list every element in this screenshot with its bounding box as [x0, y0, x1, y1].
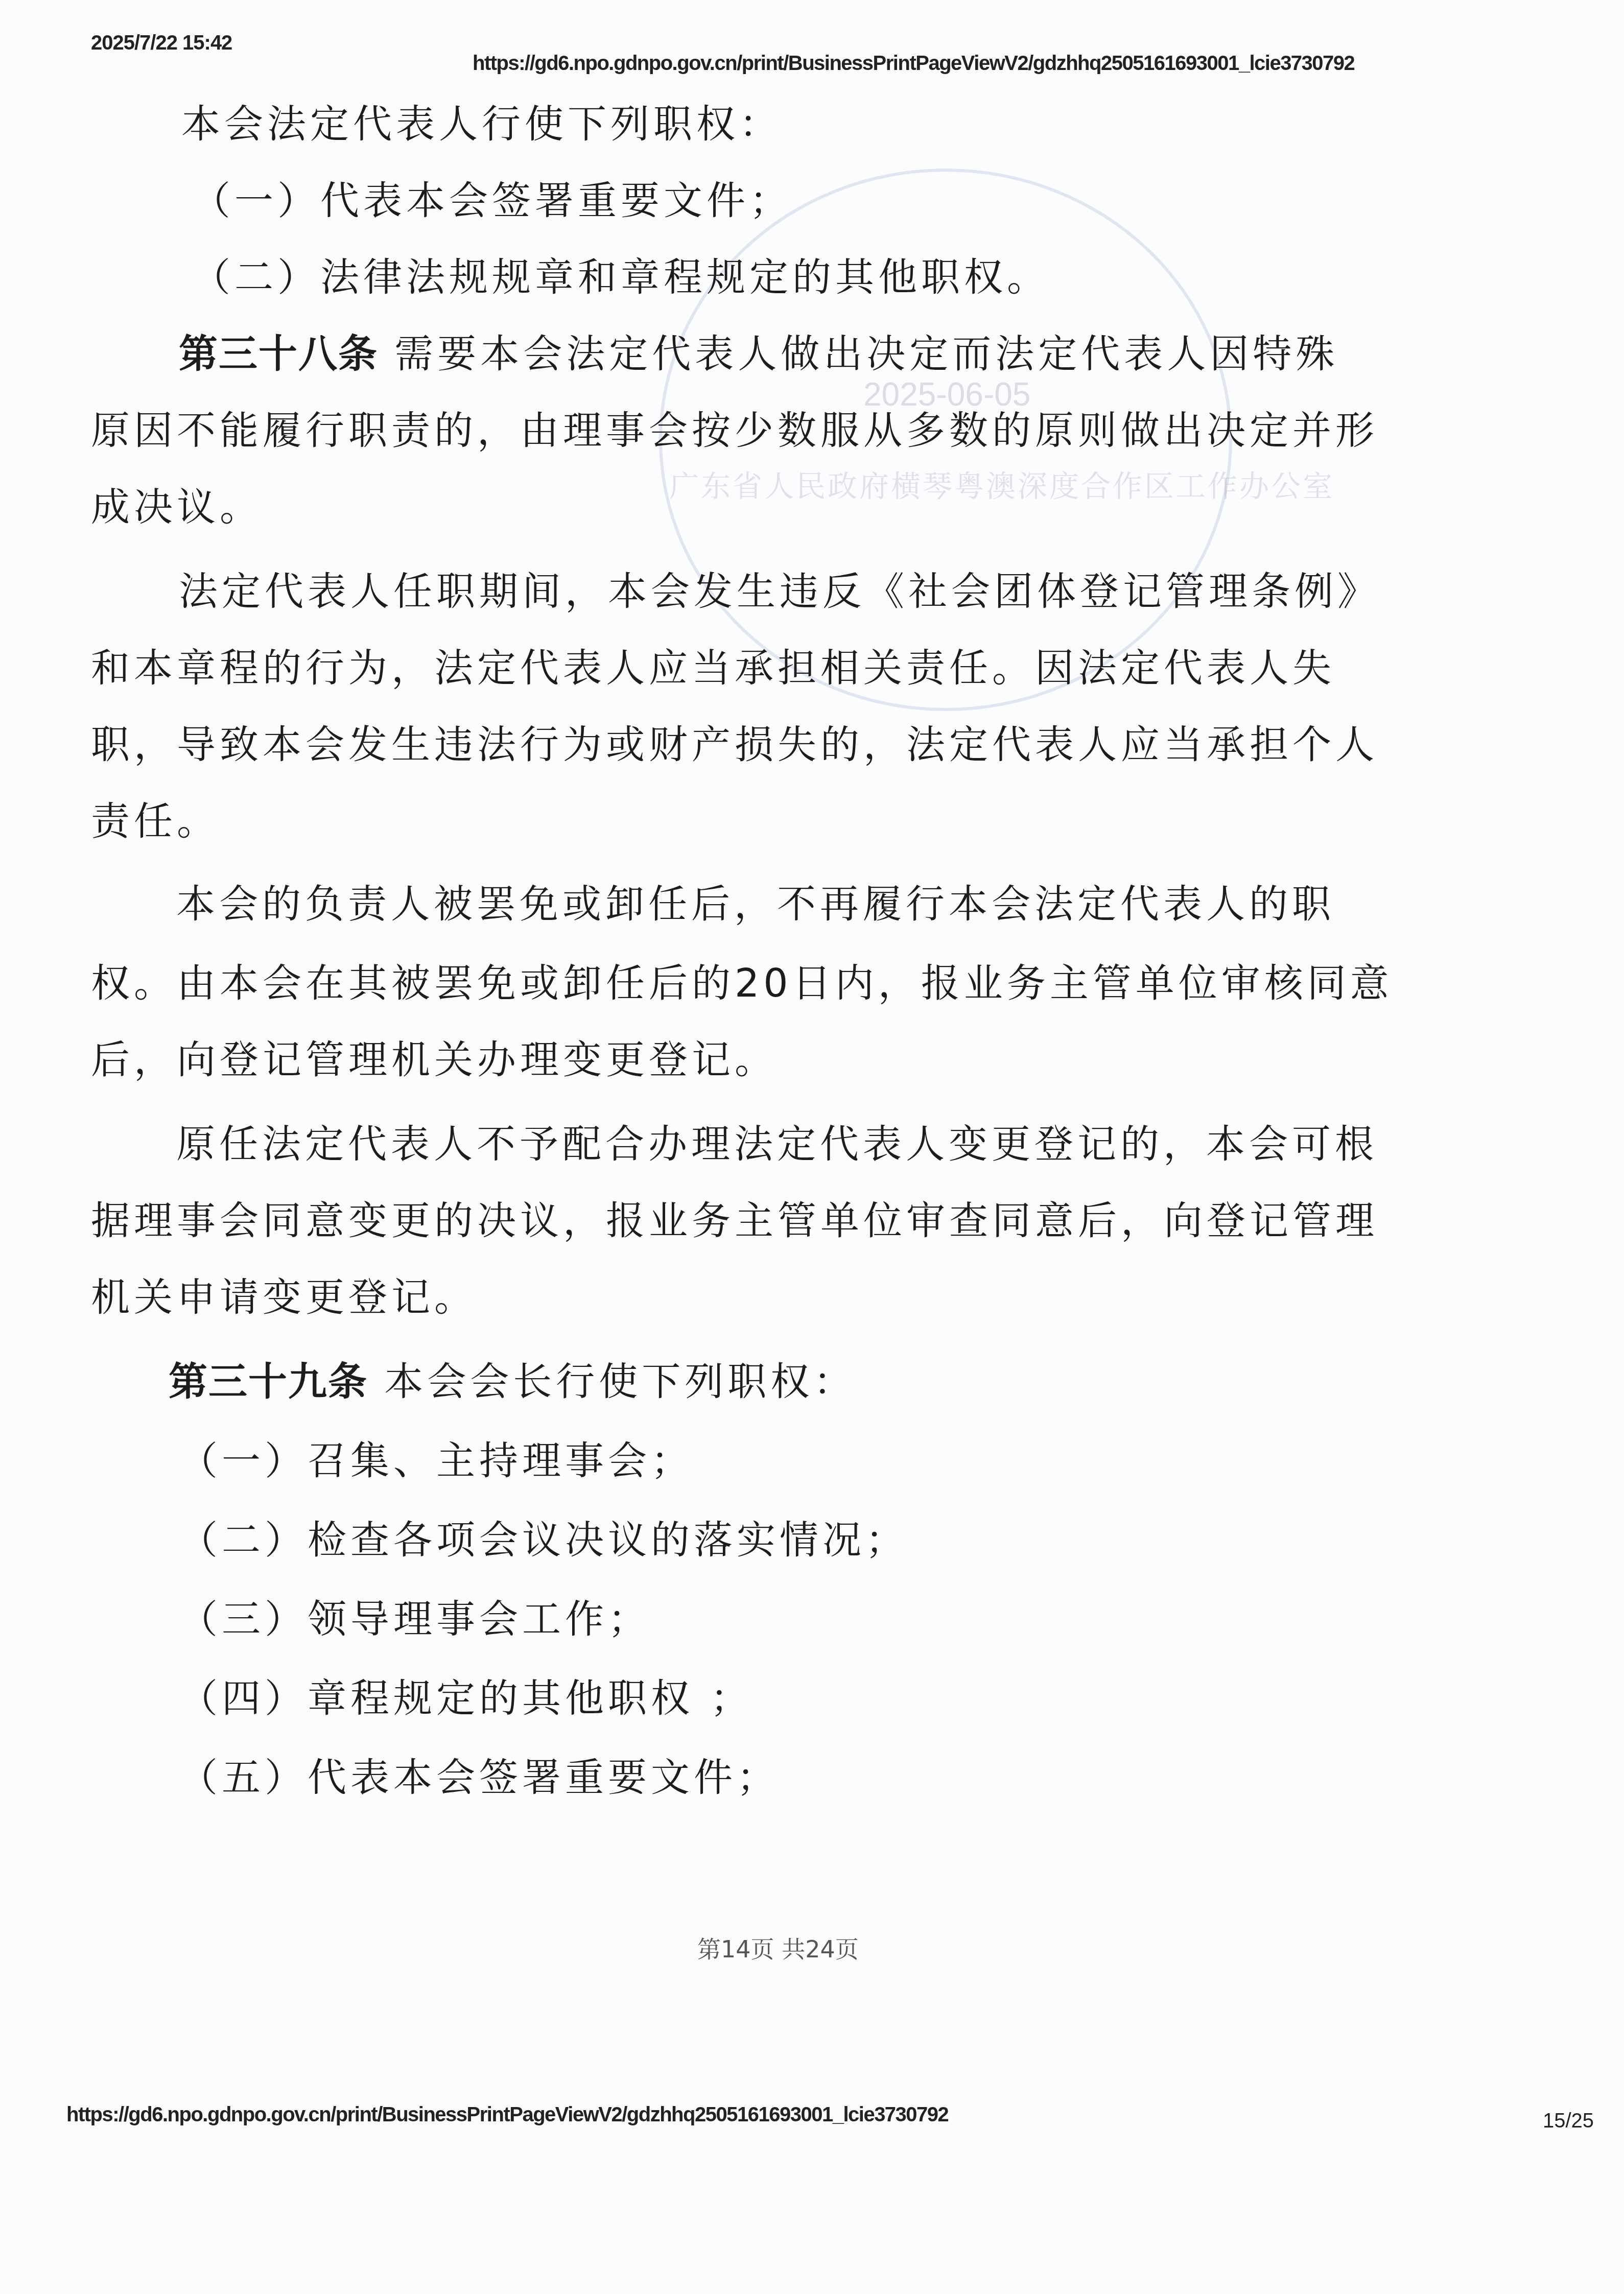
- article-heading: 第三十九条: [169, 1359, 368, 1404]
- paragraph-line: 机关申请变更登记。: [91, 1274, 477, 1320]
- paragraph-text: 需要本会法定代表人做出决定而法定代表人因特殊: [394, 331, 1338, 376]
- article-38-line: 第三十八条 需要本会法定代表人做出决定而法定代表人因特殊: [179, 331, 1338, 377]
- list-item: （四）章程规定的其他职权 ；: [179, 1675, 753, 1721]
- print-timestamp: 2025/7/22 15:42: [91, 32, 232, 55]
- paragraph-line: 后，向登记管理机关办理变更登记。: [91, 1037, 778, 1083]
- page-number: 第14页 共24页: [697, 1931, 859, 1965]
- list-item: （三）领导理事会工作；: [179, 1596, 651, 1642]
- paragraph-line: 本会的负责人被罢免或卸任后，不再履行本会法定代表人的职: [176, 881, 1335, 927]
- paragraph-line: 法定代表人任职期间，本会发生违反《社会团体登记管理条例》: [179, 569, 1380, 614]
- list-item: （五）代表本会签署重要文件；: [179, 1755, 780, 1801]
- article-heading: 第三十八条: [179, 331, 378, 376]
- paragraph-line: 职，导致本会发生违法行为或财产损失的，法定代表人应当承担个人: [91, 722, 1378, 768]
- print-footer-url: https://gd6.npo.gdnpo.gov.cn/print/Busin…: [66, 2103, 948, 2126]
- paragraph-line: 本会法定代表人行使下列职权：: [181, 101, 782, 147]
- list-item: （二）检查各项会议决议的落实情况；: [179, 1517, 908, 1563]
- list-item: （二）法律法规规章和章程规定的其他职权。: [192, 254, 1050, 300]
- paragraph-line: 权。由本会在其被罢免或卸任后的20日内，报业务主管单位审核同意: [91, 960, 1393, 1006]
- list-item: （一）代表本会签署重要文件；: [192, 178, 792, 224]
- paragraph-line: 原任法定代表人不予配合办理法定代表人变更登记的，本会可根: [176, 1121, 1378, 1167]
- article-39-line: 第三十九条 本会会长行使下列职权：: [169, 1359, 856, 1405]
- stamp-organization: 广东省人民政府横琴粤澳深度合作区工作办公室: [669, 462, 1334, 505]
- print-header-url: https://gd6.npo.gdnpo.gov.cn/print/Busin…: [473, 52, 1354, 75]
- paragraph-line: 和本章程的行为，法定代表人应当承担相关责任。因法定代表人失: [91, 645, 1335, 691]
- paragraph-text: 本会会长行使下列职权：: [384, 1359, 856, 1404]
- list-item: （一）召集、主持理事会；: [179, 1438, 694, 1484]
- paragraph-line: 责任。: [91, 798, 220, 844]
- paragraph-line: 原因不能履行职责的，由理事会按少数服从多数的原则做出决定并形: [91, 408, 1378, 454]
- paragraph-line: 据理事会同意变更的决议，报业务主管单位审查同意后，向登记管理: [91, 1198, 1378, 1244]
- paragraph-line: 成决议。: [91, 484, 263, 530]
- print-page-counter: 15/25: [1543, 2110, 1594, 2133]
